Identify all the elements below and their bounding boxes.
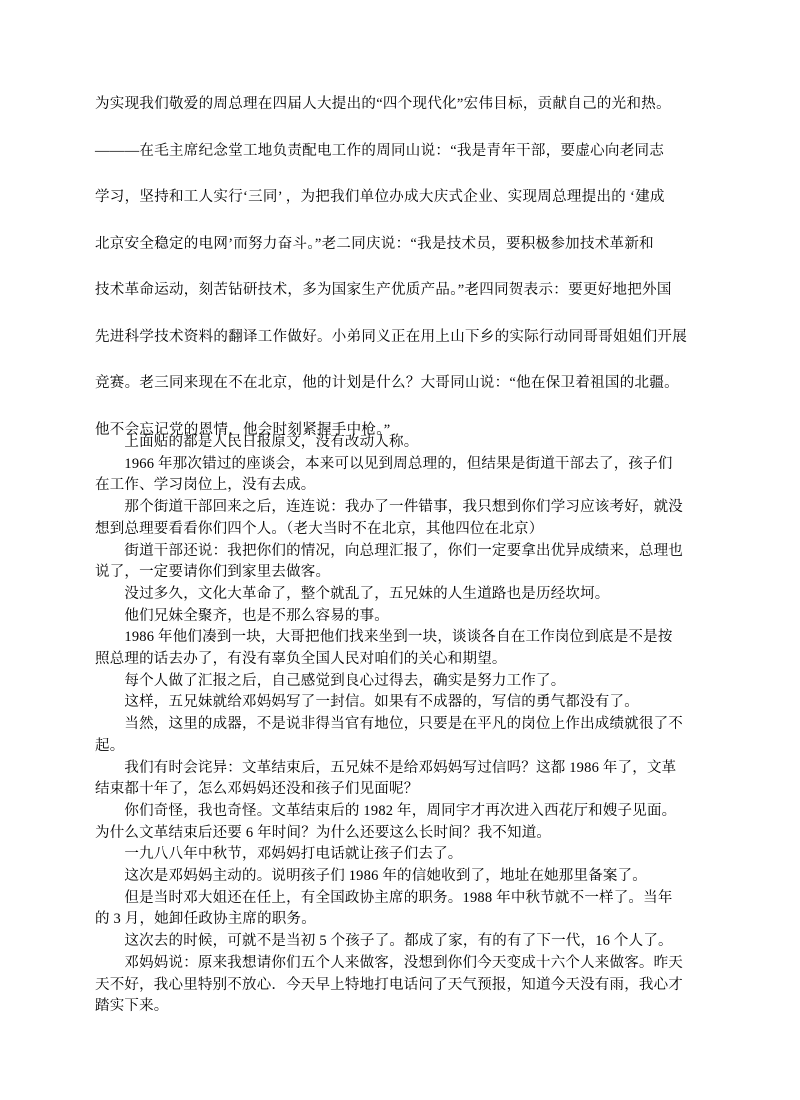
text-line: 说了，一定要请你们到家里去做客。 [95, 562, 712, 584]
text-line: 天不好，我心里特别不放心．今天早上特地打电话问了天气预报，知道今天没有雨，我心才 [95, 975, 712, 997]
text-line: 1986 年他们凑到一块，大哥把他们找来坐到一块，谈谈各自在工作岗位到底是不是按 [95, 627, 712, 649]
text-line: 邓妈妈说：原来我想请你们五个人来做客，没想到你们今天变成十六个人来做客。昨天 [95, 953, 712, 975]
commentary-section: 上面贴的都是人民日报原文，没有改动人称。 1966 年那次错过的座谈会，本来可以… [95, 432, 712, 1018]
text-line: 技术革命运动，刻苦钻研技术，多为国家生产优质产品。”老四同贺表示：要更好地把外国 [95, 267, 712, 314]
text-line: 在工作、学习岗位上，没有去成。 [95, 475, 712, 497]
text-line: 这次是邓妈妈主动的。说明孩子们 1986 年的信她收到了，地址在她那里备案了。 [95, 866, 712, 888]
text-line: 那个街道干部回来之后，连连说：我办了一件错事，我只想到你们学习应该考好，就没 [95, 497, 712, 519]
text-line: 1966 年那次错过的座谈会，本来可以见到周总理的，但结果是街道干部去了，孩子们 [95, 454, 712, 476]
text-line: 照总理的话去办了，有没有辜负全国人民对咱们的关心和期望。 [95, 649, 712, 671]
text-line: 这次去的时候，可就不是当初 5 个孩子了。都成了家，有的有了下一代，16 个人了… [95, 931, 712, 953]
text-line: 他们兄妹全聚齐，也是不那么容易的事。 [95, 606, 712, 628]
document-page: 为实现我们敬爱的周总理在四届人大提出的“四个现代化”宏伟目标，贡献自己的光和热。… [0, 0, 800, 1100]
text-line: 但是当时邓大姐还在任上，有全国政协主席的职务。1988 年中秋节就不一样了。当年 [95, 888, 712, 910]
text-line: 结束都十年了，怎么邓妈妈还没和孩子们见面呢？ [95, 779, 712, 801]
text-line: 起。 [95, 736, 712, 758]
quoted-newspaper-section: 为实现我们敬爱的周总理在四届人大提出的“四个现代化”宏伟目标，贡献自己的光和热。… [95, 81, 712, 453]
text-line: 北京安全稳定的电网’而努力奋斗。”老二同庆说：“我是技术员，要积极参加技术革新和 [95, 221, 712, 268]
text-line: 你们奇怪，我也奇怪。文革结束后的 1982 年，周同宇才再次进入西花厅和嫂子见面… [95, 801, 712, 823]
text-line: 为什么文革结束后还要 6 年时间？为什么还要这么长时间？我不知道。 [95, 823, 712, 845]
text-line: 踏实下来。 [95, 996, 712, 1018]
text-line: 的 3 月，她卸任政协主席的职务。 [95, 909, 712, 931]
text-line: 竞赛。老三同来现在不在北京，他的计划是什么？大哥同山说：“他在保卫着祖国的北疆。 [95, 360, 712, 407]
text-line: 一九八八年中秋节，邓妈妈打电话就让孩子们去了。 [95, 844, 712, 866]
text-line: 每个人做了汇报之后，自己感觉到良心过得去，确实是努力工作了。 [95, 671, 712, 693]
text-line: 为实现我们敬爱的周总理在四届人大提出的“四个现代化”宏伟目标，贡献自己的光和热。 [95, 81, 712, 128]
text-line: 想到总理要看看你们四个人。（老大当时不在北京，其他四位在北京） [95, 519, 712, 541]
text-line: ———在毛主席纪念堂工地负责配电工作的周同山说：“我是青年干部，要虚心向老同志 [95, 128, 712, 175]
text-line: 没过多久，文化大革命了，整个就乱了，五兄妹的人生道路也是历经坎坷。 [95, 584, 712, 606]
text-line: 上面贴的都是人民日报原文，没有改动人称。 [95, 432, 712, 454]
text-line: 先进科学技术资料的翻译工作做好。小弟同义正在用上山下乡的实际行动同哥哥姐姐们开展 [95, 314, 712, 361]
text-line: 这样，五兄妹就给邓妈妈写了一封信。如果有不成器的，写信的勇气都没有了。 [95, 692, 712, 714]
text-line: 街道干部还说：我把你们的情况，向总理汇报了，你们一定要拿出优异成绩来，总理也 [95, 541, 712, 563]
text-line: 当然，这里的成器，不是说非得当官有地位，只要是在平凡的岗位上作出成绩就很了不 [95, 714, 712, 736]
text-line: 我们有时会诧异：文革结束后，五兄妹不是给邓妈妈写过信吗？这都 1986 年了，文… [95, 758, 712, 780]
text-line: 学习，坚持和工人实行‘三同’ ，为把我们单位办成大庆式企业、实现周总理提出的 ‘… [95, 174, 712, 221]
